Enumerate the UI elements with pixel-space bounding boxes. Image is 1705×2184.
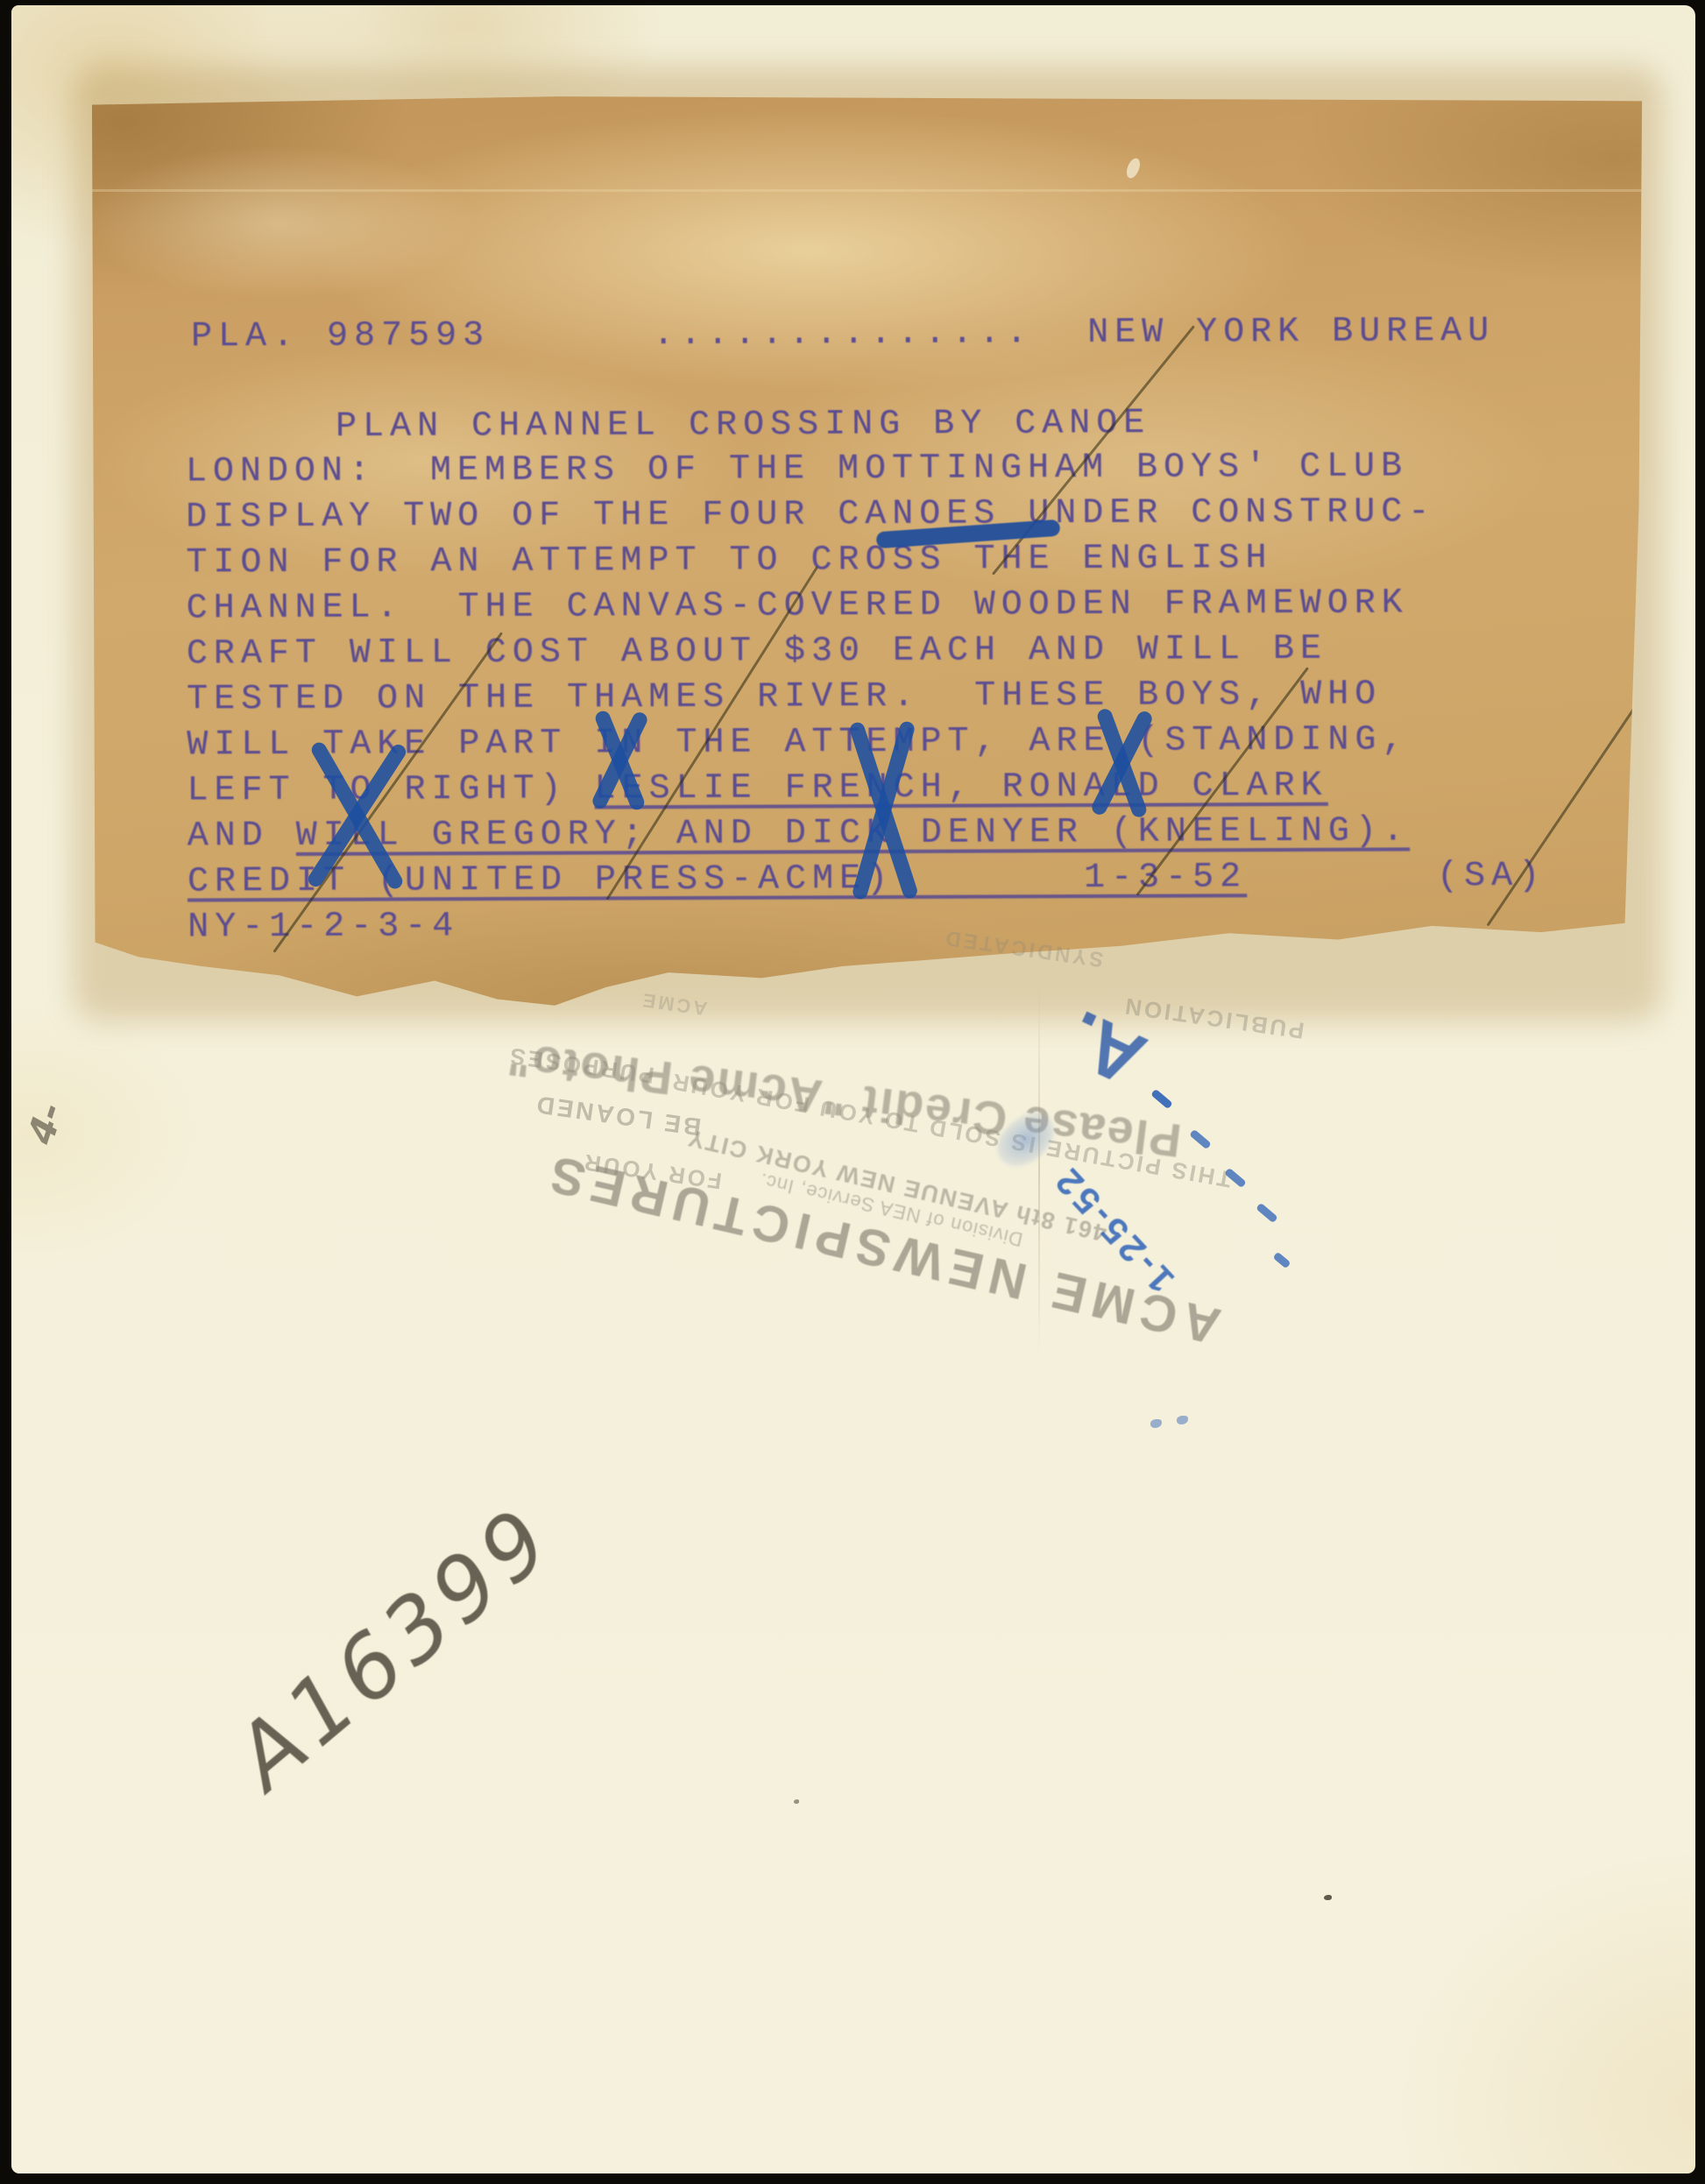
blue-dash-mark	[1272, 1252, 1291, 1269]
pencil-mark: 4-	[18, 1097, 72, 1149]
paper-speck	[794, 1799, 799, 1804]
blue-speck	[1150, 1419, 1162, 1428]
blue-x-mark	[842, 718, 925, 902]
blue-x-mark	[292, 732, 423, 899]
slip-header-line: PLA. 987593 .............. NEW YORK BURE…	[191, 309, 1495, 360]
caption-slip: PLA. 987593 .............. NEW YORK BURE…	[92, 95, 1650, 1010]
photo-paper: PLA. 987593 .............. NEW YORK BURE…	[11, 5, 1695, 2173]
caption-line: LONDON: MEMBERS OF THE MOTTINGHAM BOYS' …	[186, 444, 1544, 496]
caption-line: CHANNEL. THE CANVAS-COVERED WOODEN FRAME…	[186, 581, 1544, 633]
paper-crease	[1038, 981, 1040, 1358]
archive-number: A16399	[216, 1486, 573, 1809]
caption-line: DISPLAY TWO OF THE FOUR CANOES UNDER CON…	[186, 490, 1544, 541]
caption-line: CRAFT WILL COST ABOUT $30 EACH AND WILL …	[187, 626, 1545, 678]
paper-speck	[1324, 1895, 1332, 1900]
blue-x-mark	[577, 708, 664, 813]
slip-crease	[92, 189, 1650, 192]
blue-x-mark	[1079, 706, 1166, 820]
blue-dash-mark	[1150, 1089, 1173, 1110]
blue-speck	[1177, 1416, 1188, 1424]
caption-title: PLAN CHANNEL CROSSING BY CANOE	[336, 401, 1150, 450]
scanned-press-photo-back: PLA. 987593 .............. NEW YORK BURE…	[0, 0, 1705, 2184]
blue-dash-mark	[1256, 1203, 1278, 1224]
slip-scuff	[1124, 156, 1143, 180]
caption-line: TESTED ON THE THAMES RIVER. THESE BOYS, …	[187, 672, 1545, 724]
caption-line: TION FOR AN ATTEMPT TO CROSS THE ENGLISH	[186, 535, 1544, 587]
